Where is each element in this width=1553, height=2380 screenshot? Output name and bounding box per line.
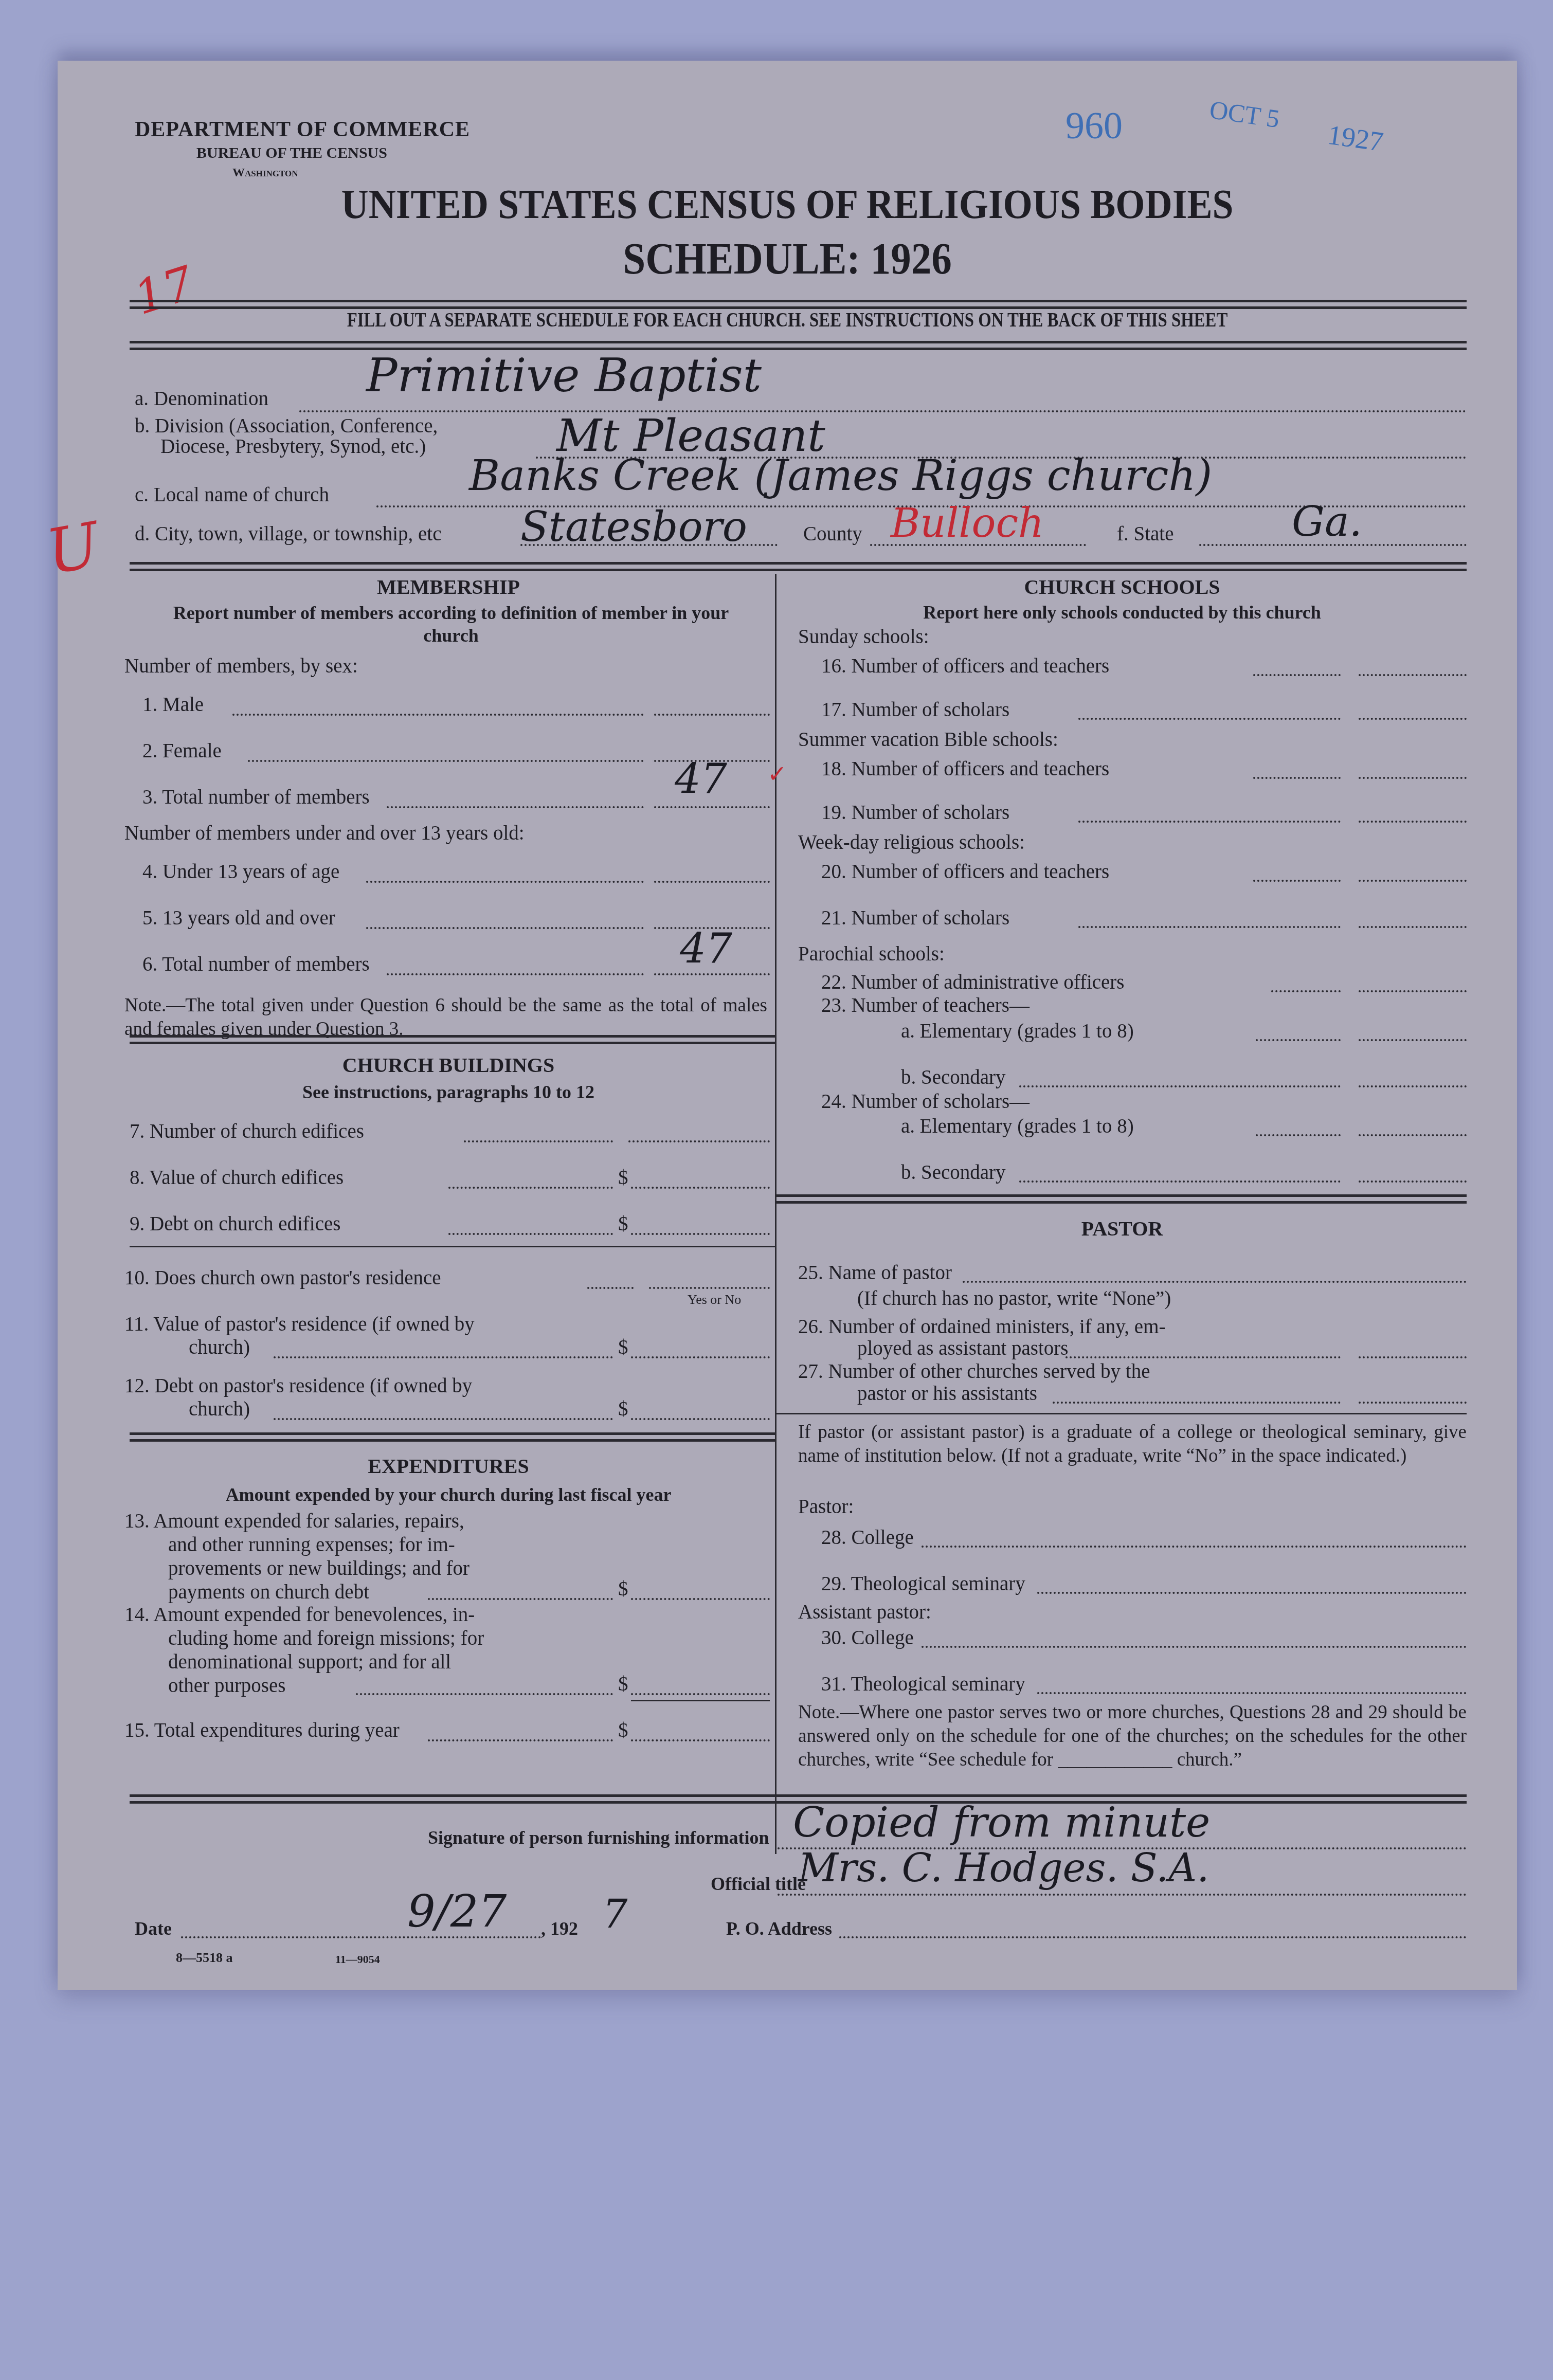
total-expenditures-label: 15. Total expenditures during year xyxy=(124,1719,400,1742)
q26-field[interactable] xyxy=(1359,1356,1467,1358)
male-field[interactable] xyxy=(654,714,770,716)
official-title-field[interactable]: Mrs. C. Hodges. S.A. xyxy=(798,1845,1209,1891)
po-address-label: P. O. Address xyxy=(726,1918,832,1939)
leader-line xyxy=(1256,1134,1341,1136)
signature-field[interactable]: Copied from minute xyxy=(793,1798,1210,1846)
q23a-label: a. Elementary (grades 1 to 8) xyxy=(901,1020,1134,1043)
date-label: Date xyxy=(135,1918,172,1939)
q26-label-2: ployed as assistant pastors xyxy=(857,1337,1069,1360)
form-title: UNITED STATES CENSUS OF RELIGIOUS BODIES xyxy=(116,181,1459,228)
assistant-subheading: Assistant pastor: xyxy=(798,1601,931,1624)
q27-label-2: pastor or his assistants xyxy=(857,1382,1037,1405)
division-label-1: b. Division (Association, Conference, xyxy=(135,414,438,438)
leader-line xyxy=(387,806,644,808)
pastor-name-field[interactable] xyxy=(963,1281,1467,1283)
owns-residence-field[interactable] xyxy=(649,1287,770,1289)
q27-label: 27. Number of other churches served by t… xyxy=(798,1360,1150,1383)
leader-line xyxy=(448,1187,613,1189)
q23-label: 23. Number of teachers— xyxy=(821,994,1030,1017)
po-address-field[interactable] xyxy=(839,1936,1467,1938)
divider xyxy=(776,1194,1467,1204)
leader-line xyxy=(587,1287,634,1289)
leader-line xyxy=(1019,1085,1341,1087)
instructions-banner: FILL OUT A SEPARATE SCHEDULE FOR EACH CH… xyxy=(189,307,1385,332)
assistant-college-field[interactable] xyxy=(922,1646,1467,1648)
q18-field[interactable] xyxy=(1359,777,1467,779)
q29-label: 29. Theological seminary xyxy=(821,1572,1025,1595)
over13-label: 5. 13 years old and over xyxy=(142,906,335,930)
leader-line xyxy=(356,1693,613,1695)
divider xyxy=(776,1413,1467,1414)
local-name-field[interactable]: Banks Creek (James Riggs church) xyxy=(469,451,1212,500)
q24a-label: a. Elementary (grades 1 to 8) xyxy=(901,1115,1134,1138)
q30-label: 30. College xyxy=(821,1626,914,1649)
official-title-line xyxy=(778,1894,1467,1896)
leader-line xyxy=(1078,718,1341,720)
q18-label: 18. Number of officers and teachers xyxy=(821,757,1109,780)
edifices-debt-field[interactable] xyxy=(631,1233,770,1235)
q22-label: 22. Number of administrative officers xyxy=(821,971,1125,994)
date-year-suffix[interactable]: 7 xyxy=(603,1891,627,1937)
divider xyxy=(130,1246,775,1247)
stamp-number: 960 xyxy=(1066,104,1123,148)
q19-label: 19. Number of scholars xyxy=(821,801,1009,824)
q20-field[interactable] xyxy=(1359,880,1467,882)
pastor-note: Note.—Where one pastor serves two or mor… xyxy=(798,1701,1467,1772)
bureau-city: Washington xyxy=(232,166,298,180)
leader-line xyxy=(1256,1039,1341,1041)
divider xyxy=(130,341,1467,350)
edifices-count-label: 7. Number of church edifices xyxy=(130,1120,364,1143)
county-field[interactable]: Bulloch xyxy=(891,500,1044,547)
pastor-subheading: Pastor: xyxy=(798,1495,854,1518)
leader-line xyxy=(274,1356,613,1358)
membership-note: Note.—The total given under Question 6 s… xyxy=(124,994,767,1041)
q23a-field[interactable] xyxy=(1359,1039,1467,1041)
assistant-seminary-field[interactable] xyxy=(1037,1692,1467,1694)
leader-line xyxy=(274,1418,613,1420)
total-members-2-field[interactable]: 47 xyxy=(680,924,732,972)
q31-label: 31. Theological seminary xyxy=(821,1673,1025,1696)
county-label: County xyxy=(803,522,862,546)
church-schools-subtitle: Report here only schools conducted by th… xyxy=(778,602,1467,623)
edifices-value-label: 8. Value of church edifices xyxy=(130,1166,344,1189)
currency-sign: $ xyxy=(618,1336,628,1359)
q21-field[interactable] xyxy=(1359,926,1467,928)
leader-line xyxy=(232,714,644,716)
leader-line xyxy=(1253,777,1341,779)
leader-line xyxy=(1053,1402,1341,1404)
q28-label: 28. College xyxy=(821,1526,914,1549)
bureau-name: BUREAU OF THE CENSUS xyxy=(196,144,387,162)
summer-schools-heading: Summer vacation Bible schools: xyxy=(798,728,1058,751)
stamp-year: 1927 xyxy=(1326,119,1385,158)
residence-debt-label: 12. Debt on pastor's residence (if owned… xyxy=(124,1374,472,1397)
residence-debt-label-2: church) xyxy=(189,1397,250,1421)
total-members-label: 3. Total number of members xyxy=(142,786,370,809)
leader-line xyxy=(1253,674,1341,676)
denomination-line xyxy=(299,410,1467,412)
stamp-date: OCT 5 xyxy=(1208,95,1281,134)
currency-sign: $ xyxy=(618,1397,628,1421)
currency-sign: $ xyxy=(618,1166,628,1189)
residence-debt-field[interactable] xyxy=(631,1418,770,1420)
church-schools-title: CHURCH SCHOOLS xyxy=(778,575,1467,599)
leader-line xyxy=(248,760,644,762)
q24-label: 24. Number of scholars— xyxy=(821,1090,1030,1113)
local-name-label: c. Local name of church xyxy=(135,483,329,506)
residence-value-field[interactable] xyxy=(631,1356,770,1358)
edifices-count-field[interactable] xyxy=(628,1140,770,1142)
red-annotation-u: U xyxy=(42,509,105,588)
currency-sign: $ xyxy=(618,1673,628,1696)
membership-subtitle: Report number of members according to de… xyxy=(160,602,742,647)
date-year-prefix: , 192 xyxy=(541,1918,578,1939)
membership-title: MEMBERSHIP xyxy=(130,575,767,599)
q17-label: 17. Number of scholars xyxy=(821,698,1009,721)
graduate-instructions: If pastor (or assistant pastor) is a gra… xyxy=(798,1421,1467,1468)
q25-hint: (If church has no pastor, write “None”) xyxy=(857,1287,1171,1310)
q21-label: 21. Number of scholars xyxy=(821,906,1009,930)
denomination-field[interactable]: Primitive Baptist xyxy=(366,349,762,403)
q20-label: 20. Number of officers and teachers xyxy=(821,860,1109,883)
running-expenses-label: 13. Amount expended for salaries, repair… xyxy=(124,1510,469,1604)
owns-residence-label: 10. Does church own pastor's residence xyxy=(124,1266,441,1289)
weekday-schools-heading: Week-day religious schools: xyxy=(798,831,1025,854)
q25-label: 25. Name of pastor xyxy=(798,1261,952,1284)
leader-line xyxy=(366,881,644,883)
by-sex-heading: Number of members, by sex: xyxy=(124,655,358,678)
census-schedule-sheet: DEPARTMENT OF COMMERCE BUREAU OF THE CEN… xyxy=(58,61,1517,1990)
under13-field[interactable] xyxy=(654,881,770,883)
q27-field[interactable] xyxy=(1359,1402,1467,1404)
divider xyxy=(130,562,1467,571)
form-code: 8—5518 a xyxy=(176,1950,233,1966)
benevolences-label: 14. Amount expended for benevolences, in… xyxy=(124,1603,484,1698)
currency-sign: $ xyxy=(618,1577,628,1601)
division-label-2: Diocese, Presbytery, Synod, etc.) xyxy=(160,435,426,458)
leader-line xyxy=(387,973,644,975)
leader-line xyxy=(464,1140,613,1142)
answer-line xyxy=(654,973,770,975)
leader-line xyxy=(428,1739,613,1741)
expenditures-subtitle: Amount expended by your church during la… xyxy=(130,1484,767,1505)
q24b-label: b. Secondary xyxy=(901,1161,1006,1184)
residence-value-label-2: church) xyxy=(189,1336,250,1359)
total-members-field[interactable]: 47 xyxy=(675,755,727,803)
leader-line xyxy=(1078,926,1341,928)
church-buildings-title: CHURCH BUILDINGS xyxy=(130,1053,767,1077)
state-field[interactable]: Ga. xyxy=(1292,498,1362,546)
sum-rule xyxy=(631,1700,770,1701)
divider xyxy=(130,1432,775,1442)
city-field[interactable]: Statesboro xyxy=(520,503,747,551)
expenditures-title: EXPENDITURES xyxy=(130,1454,767,1478)
church-buildings-subtitle: See instructions, paragraphs 10 to 12 xyxy=(130,1081,767,1103)
parochial-schools-heading: Parochial schools: xyxy=(798,942,945,966)
red-checkmark: ✓ xyxy=(767,760,787,788)
male-label: 1. Male xyxy=(142,693,204,716)
sunday-schools-heading: Sunday schools: xyxy=(798,625,929,648)
form-subtitle: SCHEDULE: 1926 xyxy=(116,233,1459,284)
print-code: 11—9054 xyxy=(335,1953,380,1966)
yes-no-hint: Yes or No xyxy=(688,1292,741,1307)
residence-value-label: 11. Value of pastor's residence (if owne… xyxy=(124,1313,475,1336)
q16-label: 16. Number of officers and teachers xyxy=(821,655,1109,678)
currency-sign: $ xyxy=(618,1719,628,1742)
leader-line xyxy=(428,1598,613,1600)
by-age-heading: Number of members under and over 13 year… xyxy=(124,822,525,845)
official-title-label: Official title xyxy=(711,1873,806,1895)
pastor-seminary-field[interactable] xyxy=(1037,1592,1467,1594)
q19-field[interactable] xyxy=(1359,821,1467,823)
edifices-debt-label: 9. Debt on church edifices xyxy=(130,1212,340,1236)
currency-sign: $ xyxy=(618,1212,628,1236)
total-expenditures-field[interactable] xyxy=(631,1739,770,1741)
q23b-field[interactable] xyxy=(1359,1085,1467,1087)
edifices-value-field[interactable] xyxy=(631,1187,770,1189)
leader-line xyxy=(1066,1356,1341,1358)
signature-label: Signature of person furnishing informati… xyxy=(428,1827,769,1848)
q22-field[interactable] xyxy=(1359,990,1467,992)
pastor-college-field[interactable] xyxy=(922,1546,1467,1548)
benevolences-field[interactable] xyxy=(631,1693,770,1695)
leader-line xyxy=(1253,880,1341,882)
q24b-field[interactable] xyxy=(1359,1180,1467,1183)
q16-field[interactable] xyxy=(1359,674,1467,676)
running-expenses-field[interactable] xyxy=(631,1598,770,1600)
leader-line xyxy=(448,1233,613,1235)
q17-field[interactable] xyxy=(1359,718,1467,720)
leader-line xyxy=(1078,821,1341,823)
state-label: f. State xyxy=(1117,522,1173,546)
date-field[interactable]: 9/27 xyxy=(407,1886,507,1937)
leader-line xyxy=(1019,1180,1341,1183)
total-members-2-label: 6. Total number of members xyxy=(142,953,370,976)
denomination-label: a. Denomination xyxy=(135,387,268,410)
leader-line xyxy=(366,927,644,929)
city-label: d. City, town, village, or township, etc xyxy=(135,522,441,546)
department-name: DEPARTMENT OF COMMERCE xyxy=(135,117,470,142)
pastor-title: PASTOR xyxy=(778,1216,1467,1241)
q26-label: 26. Number of ordained ministers, if any… xyxy=(798,1315,1165,1338)
female-label: 2. Female xyxy=(142,739,222,762)
divider xyxy=(130,1035,775,1044)
leader-line xyxy=(1271,990,1341,992)
under13-label: 4. Under 13 years of age xyxy=(142,860,339,883)
answer-line xyxy=(654,806,770,808)
q24a-field[interactable] xyxy=(1359,1134,1467,1136)
q23b-label: b. Secondary xyxy=(901,1066,1006,1089)
